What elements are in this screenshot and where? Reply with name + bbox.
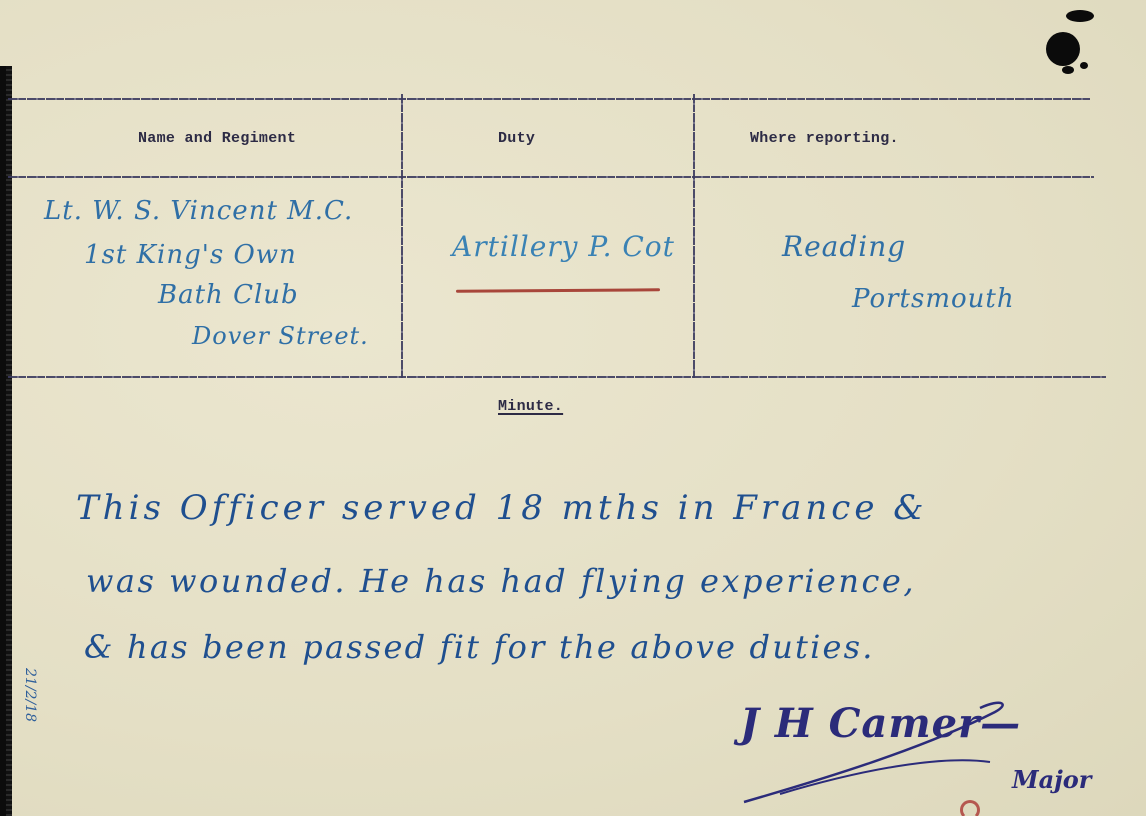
scan-left-edge [0, 66, 10, 816]
header-name-and-regiment: Name and Regiment [138, 130, 296, 147]
header-duty: Duty [498, 130, 535, 147]
table-top-border [8, 98, 1090, 100]
signature-flourish-icon [740, 700, 1040, 810]
officer-regiment: 1st King's Own [84, 240, 297, 270]
table-bottom-border [8, 376, 1106, 378]
signature-rank: Major [1012, 765, 1091, 794]
officer-address-line-1: Bath Club [158, 280, 299, 310]
ink-blot [1062, 66, 1074, 74]
header-divider [8, 176, 1094, 178]
document-paper [0, 0, 1146, 816]
ink-blot [1066, 10, 1094, 22]
red-pencil-mark [960, 800, 980, 816]
duty-value: Artillery P. Cot [452, 230, 675, 263]
reporting-location-2: Portsmouth [852, 284, 1015, 314]
header-where-reporting: Where reporting. [750, 130, 899, 147]
column-divider-1 [401, 94, 403, 378]
minute-heading: Minute. [498, 398, 563, 415]
minute-line-3: & has been passed fit for the above duti… [84, 628, 875, 666]
ink-blot [1046, 32, 1080, 66]
officer-name: Lt. W. S. Vincent M.C. [44, 196, 353, 226]
ink-blot [1080, 62, 1088, 69]
minute-line-1: This Officer served 18 mths in France & [76, 488, 928, 528]
minute-line-2: was wounded. He has had flying experienc… [86, 562, 916, 600]
margin-date-note: 21/2/18 [22, 668, 38, 722]
column-divider-2 [693, 94, 695, 378]
officer-address-line-2: Dover Street. [192, 322, 369, 350]
reporting-location-1: Reading [782, 230, 906, 263]
